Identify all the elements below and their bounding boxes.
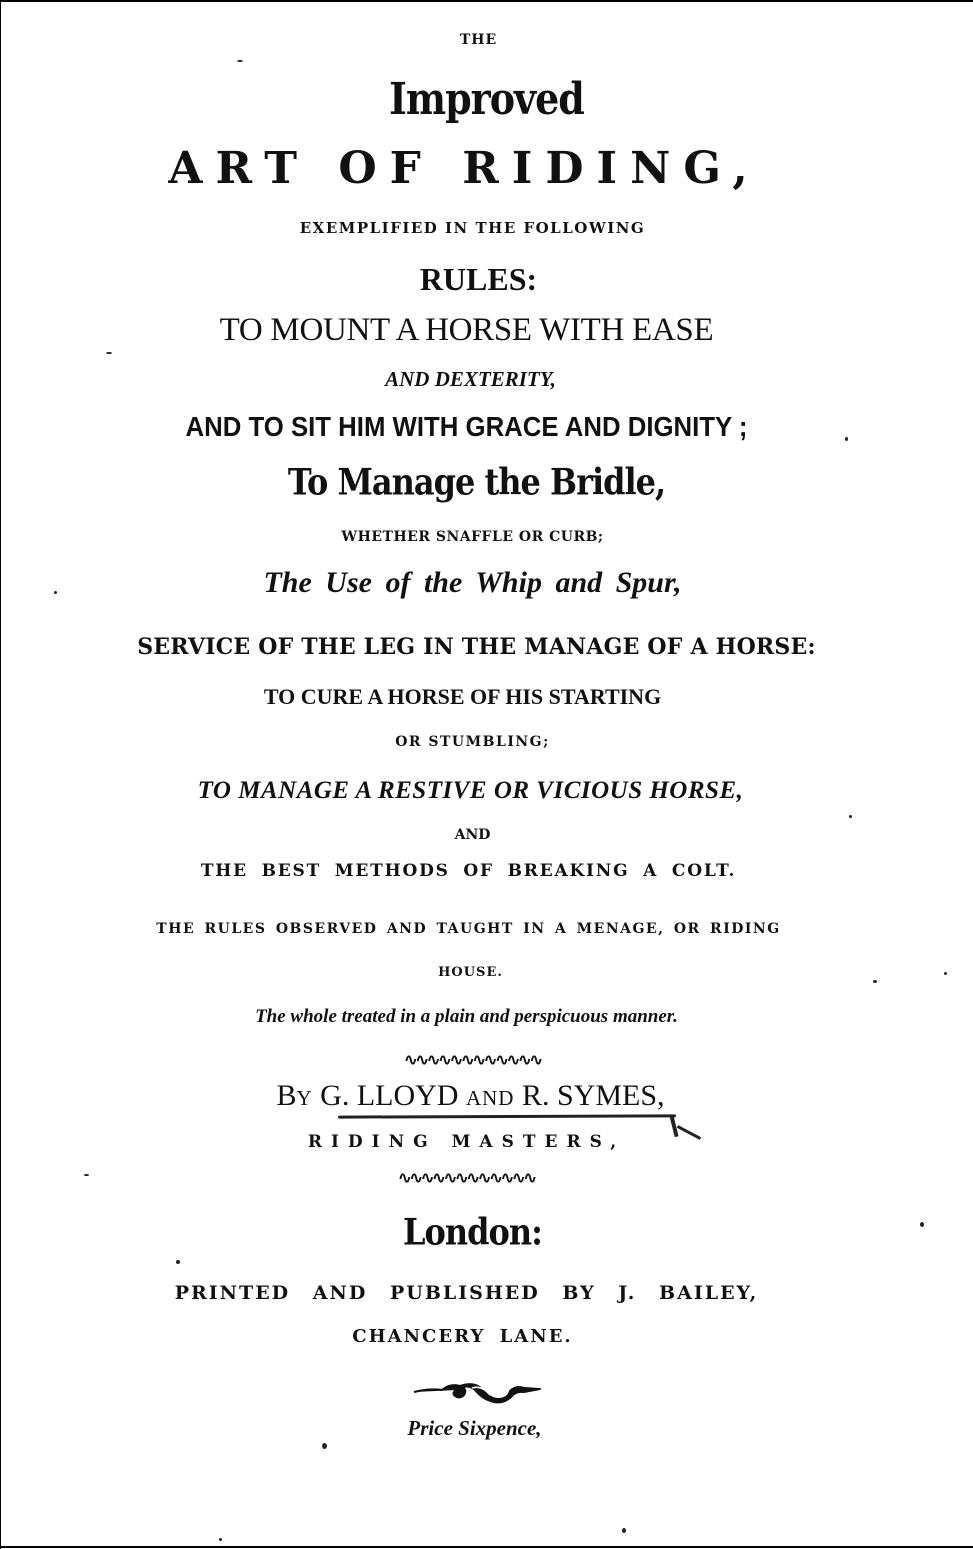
rule-restive: TO MANAGE A RESTIVE OR VICIOUS HORSE, <box>0 778 957 803</box>
rule-cure: TO CURE A HORSE OF HIS STARTING <box>0 686 949 708</box>
print-speck <box>845 437 848 441</box>
author-by-smallcaps: Y <box>296 1086 312 1110</box>
page-top-edge <box>0 0 973 2</box>
print-speck <box>873 980 877 983</box>
print-speck <box>84 1174 89 1176</box>
subtitle-exemplified: EXEMPLIFIED IN THE FOLLOWING <box>0 221 959 236</box>
rule-sit: AND TO SIT HIM WITH GRACE AND DIGNITY ; <box>19 413 914 441</box>
handwritten-underline <box>338 1114 676 1118</box>
imprint-printer: PRINTED AND PUBLISHED BY J. BAILEY, <box>0 1284 953 1303</box>
print-speck <box>219 1538 222 1541</box>
authors-line: BY G. LLOYD AND R. SYMES, <box>0 1081 957 1111</box>
imprint-address: CHANCERY LANE. <box>0 1328 949 1346</box>
ornament-wave-rule-top: ∿∿∿∿∿∿∿∿∿∿∿∿ <box>0 1052 959 1068</box>
print-speck <box>322 1443 327 1449</box>
page-bottom-edge <box>0 1546 973 1548</box>
rule-stumbling: OR STUMBLING; <box>0 735 959 749</box>
rule-service: SERVICE OF THE LEG IN THE MANAGE OF A HO… <box>0 636 963 658</box>
price: Price Sixpence, <box>0 1418 961 1439</box>
print-speck <box>237 60 243 62</box>
title-improved: Improved <box>0 77 973 121</box>
rule-dexterity: AND DEXTERITY, <box>0 369 957 390</box>
main-title: ART OF RIDING, <box>0 147 951 191</box>
rule-mount: TO MOUNT A HORSE WITH EASE <box>0 314 953 347</box>
author-name-2: R. SYMES, <box>522 1079 665 1112</box>
print-speck <box>176 1260 180 1264</box>
rule-bridle: To Manage the Bridle, <box>0 464 963 501</box>
author-by: B <box>276 1079 296 1112</box>
author-and: AND <box>466 1086 515 1110</box>
rule-colt: THE BEST METHODS OF BREAKING A COLT. <box>0 863 955 880</box>
ornament-wave-rule-bottom: ∿∿∿∿∿∿∿∿∿∿∿∿ <box>0 1170 953 1186</box>
author-name-1: G. LLOYD <box>320 1079 458 1112</box>
imprint-place: London: <box>0 1214 959 1251</box>
rule-whether: WHETHER SNAFFLE OR CURB; <box>0 530 959 544</box>
rules-heading: RULES: <box>0 263 965 295</box>
print-speck <box>920 1222 924 1227</box>
authors-profession: RIDING MASTERS, <box>0 1134 953 1151</box>
print-speck <box>849 815 852 818</box>
rule-observed: THE RULES OBSERVED AND TAUGHT IN A MENAG… <box>0 922 955 936</box>
rule-house: HOUSE. <box>0 966 957 979</box>
rule-whip: The Use of the Whip and Spur, <box>0 568 959 598</box>
rule-and: AND <box>0 828 959 842</box>
print-speck <box>622 1528 626 1533</box>
print-speck <box>54 591 57 594</box>
print-speck <box>106 352 112 354</box>
scroll-ornament-icon <box>0 1377 963 1408</box>
rule-whole-treated: The whole treated in a plain and perspic… <box>0 1007 953 1026</box>
print-speck <box>944 972 947 975</box>
title-article: THE <box>0 33 965 47</box>
